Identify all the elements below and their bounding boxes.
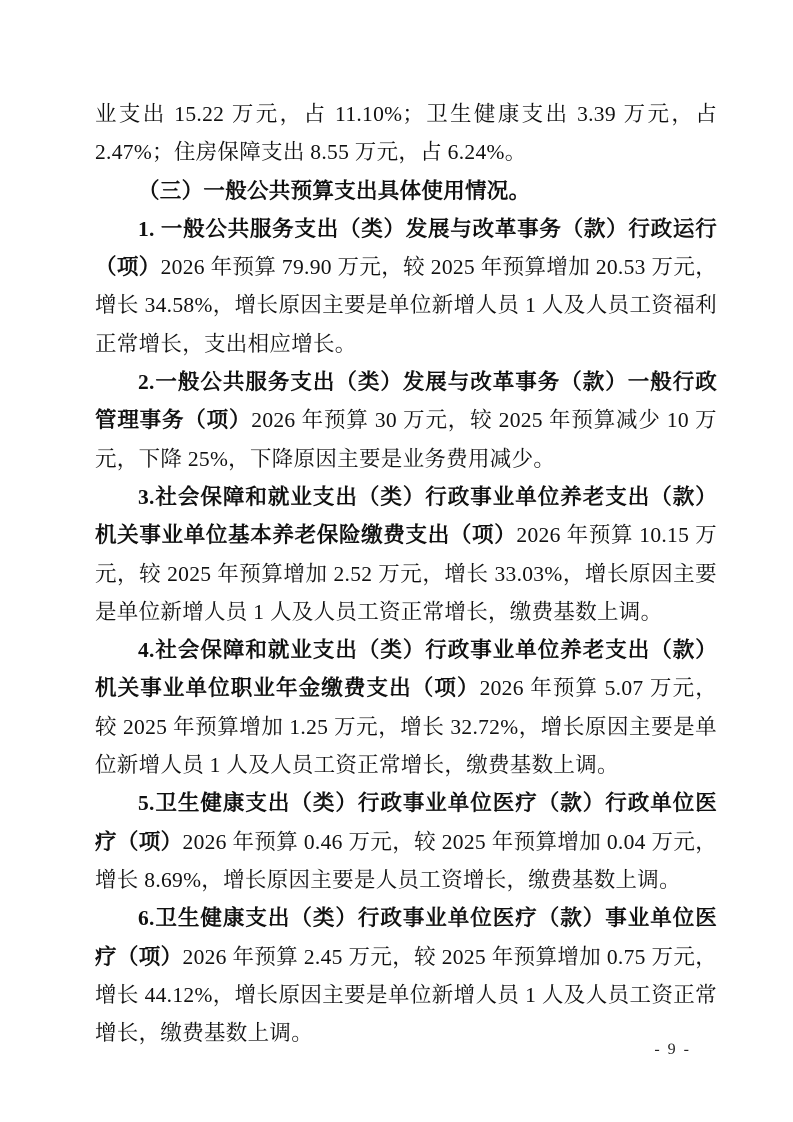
budget-item-5: 5.卫生健康支出（类）行政事业单位医疗（款）行政单位医疗（项）2026 年预算 … [95, 784, 717, 899]
page-number: - 9 - [654, 1041, 691, 1059]
budget-item-1-body: 2026 年预算 79.90 万元，较 2025 年预算增加 20.53 万元，… [95, 255, 717, 356]
budget-item-6-body: 2026 年预算 2.45 万元，较 2025 年预算增加 0.75 万元，增长… [95, 945, 717, 1046]
budget-item-4: 4.社会保障和就业支出（类）行政事业单位养老支出（款）机关事业单位职业年金缴费支… [95, 631, 717, 784]
paragraph-continuation: 业支出 15.22 万元，占 11.10%；卫生健康支出 3.39 万元，占 2… [95, 95, 717, 172]
page-content: 业支出 15.22 万元，占 11.10%；卫生健康支出 3.39 万元，占 2… [95, 95, 717, 1052]
document-page: 业支出 15.22 万元，占 11.10%；卫生健康支出 3.39 万元，占 2… [0, 0, 793, 1122]
budget-item-3: 3.社会保障和就业支出（类）行政事业单位养老支出（款）机关事业单位基本养老保险缴… [95, 478, 717, 631]
budget-item-5-body: 2026 年预算 0.46 万元，较 2025 年预算增加 0.04 万元，增长… [95, 830, 717, 892]
budget-item-2: 2.一般公共服务支出（类）发展与改革事务（款）一般行政管理事务（项）2026 年… [95, 363, 717, 478]
section-heading: （三）一般公共预算支出具体使用情况。 [95, 172, 717, 210]
budget-item-1: 1. 一般公共服务支出（类）发展与改革事务（款）行政运行（项）2026 年预算 … [95, 210, 717, 363]
budget-item-6: 6.卫生健康支出（类）行政事业单位医疗（款）事业单位医疗（项）2026 年预算 … [95, 899, 717, 1052]
